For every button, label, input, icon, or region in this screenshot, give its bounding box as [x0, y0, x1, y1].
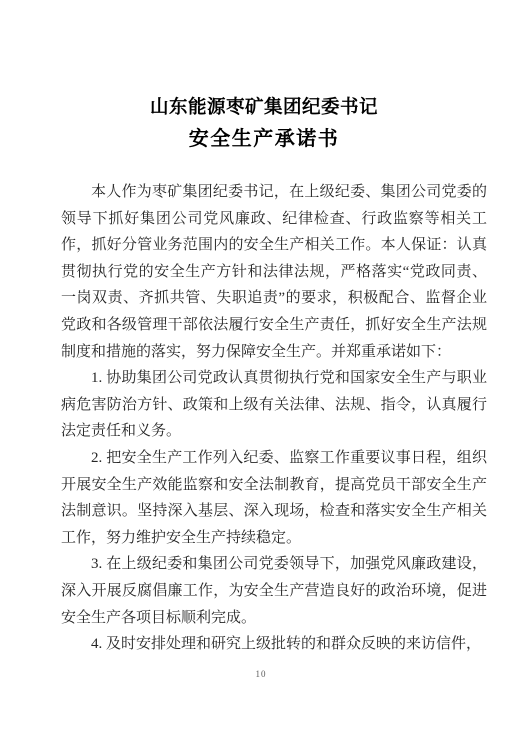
paragraph-item-3: 3. 在上级纪委和集团公司党委领导下，加强党风廉政建设，深入开展反腐倡廉工作，为…: [61, 551, 487, 631]
document-title: 山东能源枣矿集团纪委书记 安全生产承诺书: [58, 93, 470, 155]
paragraph-intro: 本人作为枣矿集团纪委书记，在上级纪委、集团公司党委的领导下抓好集团公司党风廉政、…: [61, 179, 487, 365]
paragraph-item-4: 4. 及时安排处理和研究上级批转的和群众反映的来访信件，: [61, 631, 487, 658]
paragraph-item-1: 1. 协助集团公司党政认真贯彻执行党和国家安全生产与职业病危害防治方针、政策和上…: [61, 365, 487, 445]
document-page: 山东能源枣矿集团纪委书记 安全生产承诺书 本人作为枣矿集团纪委书记，在上级纪委、…: [0, 0, 522, 736]
document-title-line1: 山东能源枣矿集团纪委书记: [58, 93, 470, 124]
document-title-line2: 安全生产承诺书: [58, 124, 470, 155]
page-number: 10: [0, 669, 522, 679]
paragraph-item-2: 2. 把安全生产工作列入纪委、监察工作重要议事日程，组织开展安全生产效能监察和安…: [61, 445, 487, 551]
document-body: 本人作为枣矿集团纪委书记，在上级纪委、集团公司党委的领导下抓好集团公司党风廉政、…: [61, 179, 487, 658]
